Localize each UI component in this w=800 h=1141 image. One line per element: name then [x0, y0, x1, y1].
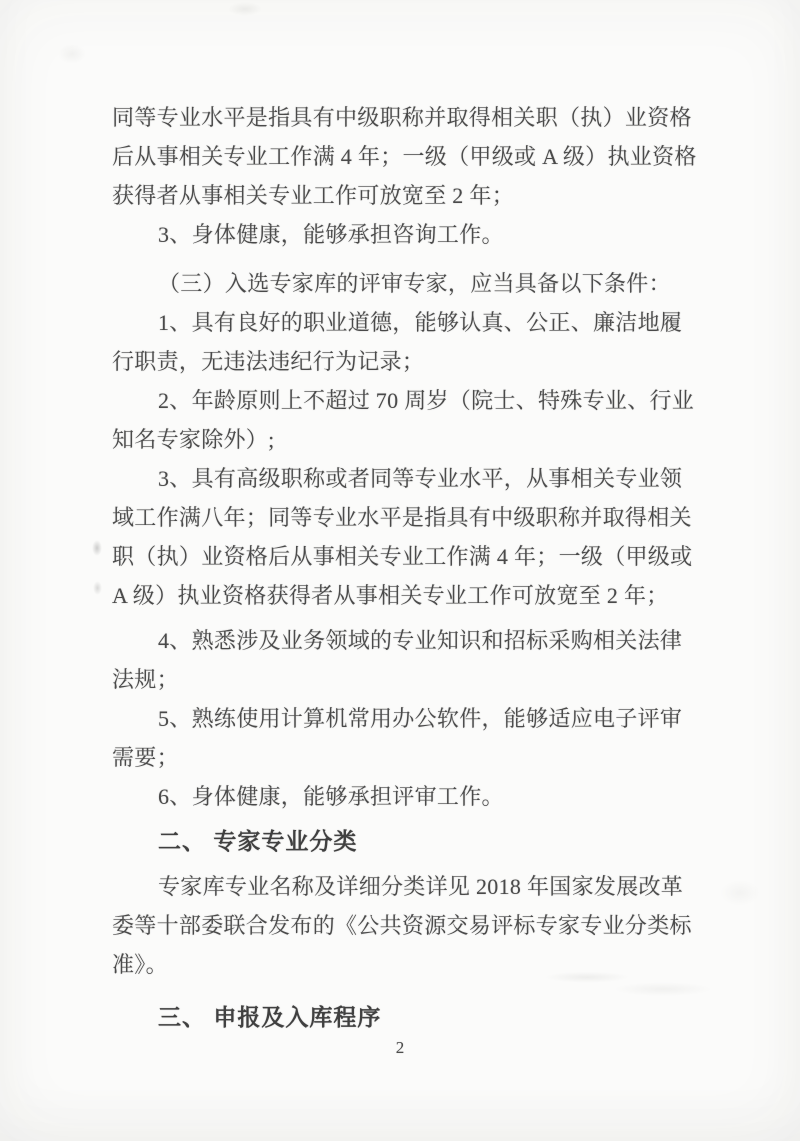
section-heading-2: 二、 专家专业分类 — [112, 822, 718, 861]
scan-smudge — [720, 880, 760, 906]
page-number: 2 — [0, 1038, 800, 1058]
document-page: 同等专业水平是指具有中级职称并取得相关职（执）业资格 后从事相关专业工作满 4 … — [0, 0, 800, 1141]
text-line: 获得者从事相关专业工作可放宽至 2 年； — [112, 176, 718, 215]
list-item-1: 1、具有良好的职业道德，能够认真、公正、廉洁地履 — [112, 303, 718, 342]
scan-smudge — [93, 581, 102, 595]
text-line: 后从事相关专业工作满 4 年；一级（甲级或 A 级）执业资格 — [112, 137, 718, 176]
list-item-4: 4、熟悉涉及业务领域的专业知识和招标采购相关法律 — [112, 621, 718, 660]
text-line: 域工作满八年；同等专业水平是指具有中级职称并取得相关 — [112, 498, 718, 537]
text-line: 准》。 — [112, 945, 718, 984]
text-line: 专家库专业名称及详细分类详见 2018 年国家发展改革 — [112, 867, 718, 906]
list-item-2: 2、年龄原则上不超过 70 周岁（院士、特殊专业、行业 — [112, 381, 718, 420]
text-line: A 级）执业资格获得者从事相关专业工作可放宽至 2 年； — [112, 576, 718, 615]
text-line: 委等十部委联合发布的《公共资源交易评标专家专业分类标 — [112, 906, 718, 945]
text-line: 职（执）业资格后从事相关专业工作满 4 年；一级（甲级或 — [112, 537, 718, 576]
document-body: 同等专业水平是指具有中级职称并取得相关职（执）业资格 后从事相关专业工作满 4 … — [112, 98, 718, 1037]
scan-smudge — [58, 44, 86, 64]
section-heading-3: 三、 申报及入库程序 — [112, 998, 718, 1037]
list-item-6: 6、身体健康，能够承担评审工作。 — [112, 777, 718, 816]
list-item-3: 3、具有高级职称或者同等专业水平，从事相关专业领 — [112, 459, 718, 498]
text-line: 需要； — [112, 738, 718, 777]
text-line: 同等专业水平是指具有中级职称并取得相关职（执）业资格 — [112, 98, 718, 137]
scan-smudge — [92, 540, 102, 556]
scan-smudge — [228, 2, 262, 16]
text-line: 法规； — [112, 660, 718, 699]
subsection-heading-3: （三）入选专家库的评审专家，应当具备以下条件： — [112, 264, 718, 303]
list-item-5: 5、熟练使用计算机常用办公软件，能够适应电子评审 — [112, 699, 718, 738]
text-line: 知名专家除外）; — [112, 420, 718, 459]
text-line: 行职责，无违法违纪行为记录； — [112, 342, 718, 381]
list-item-3-consultant: 3、身体健康，能够承担咨询工作。 — [112, 215, 718, 254]
